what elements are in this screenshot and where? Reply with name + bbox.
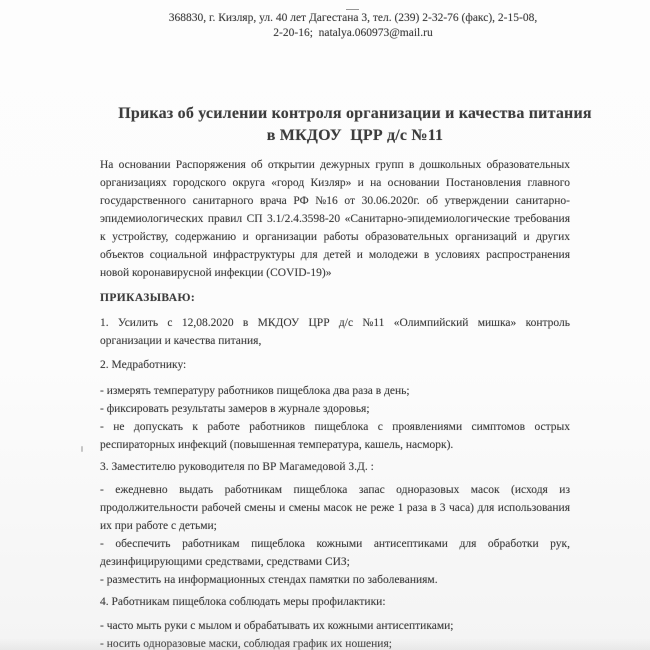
order-item-1: 1. Усилить с 12,08.2020 в МКДОУ ЦРР д/с … [100,314,570,350]
bullet-text: - измерять температуру работников пищебл… [100,385,410,397]
bullet-line: продолжительности рабочей смены и смены … [100,499,570,517]
order-item-1-text: организации и качества питания, [100,335,261,347]
bullet-text: их при работе с детьми; [100,520,217,532]
document-title-text1: Приказ об усилении контроля организации … [118,105,591,122]
bullet-line: - разместить на информационных стендах п… [100,571,570,589]
bullet-line: респираторных инфекций (повышенная темпе… [100,436,570,454]
preamble-line: объектов социальной инфраструктуры для д… [100,246,570,264]
preamble-text: На основании Распоряжения об открытии де… [100,159,570,171]
document-title-line2: в МКДОУ ЦРР д/с №11 [115,125,595,147]
order-item-3-heading: 3. Заместителю руководителя по ВР Магаме… [100,458,570,476]
document-title-line1: Приказ об усилении контроля организации … [115,103,595,125]
preamble-line: к устройству, содержанию и организации р… [100,228,570,246]
letterhead-address-line: 368830, г. Кизляр, ул. 40 лет Дагестана … [56,11,650,26]
bullet-line: дезинфицирующими средствами, средствами … [100,553,570,571]
bullet-line: - не допускать к работе работников пищеб… [100,418,570,436]
preamble-text: государственного санитарного врача РФ №1… [100,195,570,207]
letterhead: 368830, г. Кизляр, ул. 40 лет Дагестана … [0,0,650,41]
order-item-1-text: 1. Усилить с 12,08.2020 в МКДОУ ЦРР д/с … [100,317,570,329]
order-item-1-line: организации и качества питания, [100,332,570,350]
bullet-line: - обеспечить работникам пищеблока кожным… [100,535,570,553]
order-item-3-heading-text: 3. Заместителю руководителя по ВР Магаме… [100,461,374,473]
bullet-text: - часто мыть руки с мылом и обрабатывать… [100,620,454,632]
bullet-text: дезинфицирующими средствами, средствами … [100,556,350,568]
bullet-text: продолжительности рабочей смены и смены … [100,502,570,514]
bullet-text: - обеспечить работникам пищеблока кожным… [100,538,570,550]
scanned-order-document-page: 368830, г. Кизляр, ул. 40 лет Дагестана … [0,0,650,650]
order-item-2-heading-line: 2. Медработнику: [100,356,570,374]
preamble-text: организациях городского округа «город Ки… [100,177,570,189]
bullet-line: их при работе с детьми; [100,517,570,535]
bullet-text: респираторных инфекций (повышенная темпе… [100,439,453,451]
order-heading: ПРИКАЗЫВАЮ: [100,289,570,307]
preamble-paragraph: На основании Распоряжения об открытии де… [100,156,570,282]
preamble-line: организациях городского округа «город Ки… [100,174,570,192]
preamble-text: объектов социальной инфраструктуры для д… [100,249,570,261]
order-heading-line: ПРИКАЗЫВАЮ: [100,289,570,307]
bullet-line: - фиксировать результаты замеров в журна… [100,400,570,418]
order-item-4-heading: 4. Работникам пищеблока соблюдать меры п… [100,593,570,611]
bullet-line: - часто мыть руки с мылом и обрабатывать… [100,617,570,635]
document-title: Приказ об усилении контроля организации … [115,103,595,147]
order-item-2-bullets: - измерять температуру работников пищебл… [100,382,570,454]
preamble-line: государственного санитарного врача РФ №1… [100,192,570,210]
preamble-line: На основании Распоряжения об открытии де… [100,156,570,174]
letterhead-contact-line: 2-20-16; natalya.060973@mail.ru [56,26,650,41]
preamble-line: новой коронавирусной инфекции (COVID-19)… [100,264,570,282]
scan-smudge-artifact [0,638,650,650]
bullet-line: - измерять температуру работников пищебл… [100,382,570,400]
order-item-2-heading-text: 2. Медработнику: [100,359,186,371]
order-item-4-heading-line: 4. Работникам пищеблока соблюдать меры п… [100,593,570,611]
order-item-1-line: 1. Усилить с 12,08.2020 в МКДОУ ЦРР д/с … [100,314,570,332]
bullet-text: - разместить на информационных стендах п… [100,574,438,586]
bullet-line: - ежедневно выдать работникам пищеблока … [100,481,570,499]
preamble-text: новой коронавирусной инфекции (COVID-19)… [100,267,331,279]
order-item-2-heading: 2. Медработнику: [100,356,570,374]
order-item-3-bullets: - ежедневно выдать работникам пищеблока … [100,481,570,589]
preamble-text: к устройству, содержанию и организации р… [100,231,570,243]
scan-overline-artifact [346,9,359,10]
order-item-4-heading-text: 4. Работникам пищеблока соблюдать меры п… [100,596,386,608]
letterhead-address-text: 368830, г. Кизляр, ул. 40 лет Дагестана … [169,12,537,24]
order-item-3-heading-line: 3. Заместителю руководителя по ВР Магаме… [100,458,570,476]
preamble-text: эпидемиологических правил СП 3.1/2.4.359… [100,213,570,225]
bullet-text: - фиксировать результаты замеров в журна… [100,403,370,415]
letterhead-contact-text: 2-20-16; natalya.060973@mail.ru [273,27,432,39]
bullet-text: - ежедневно выдать работникам пищеблока … [100,484,570,496]
scan-margin-mark-artifact [81,446,83,452]
bullet-text: - не допускать к работе работников пищеб… [100,421,570,433]
document-title-text2: в МКДОУ ЦРР д/с №11 [267,127,443,144]
preamble-line: эпидемиологических правил СП 3.1/2.4.359… [100,210,570,228]
order-heading-text: ПРИКАЗЫВАЮ: [100,292,195,304]
